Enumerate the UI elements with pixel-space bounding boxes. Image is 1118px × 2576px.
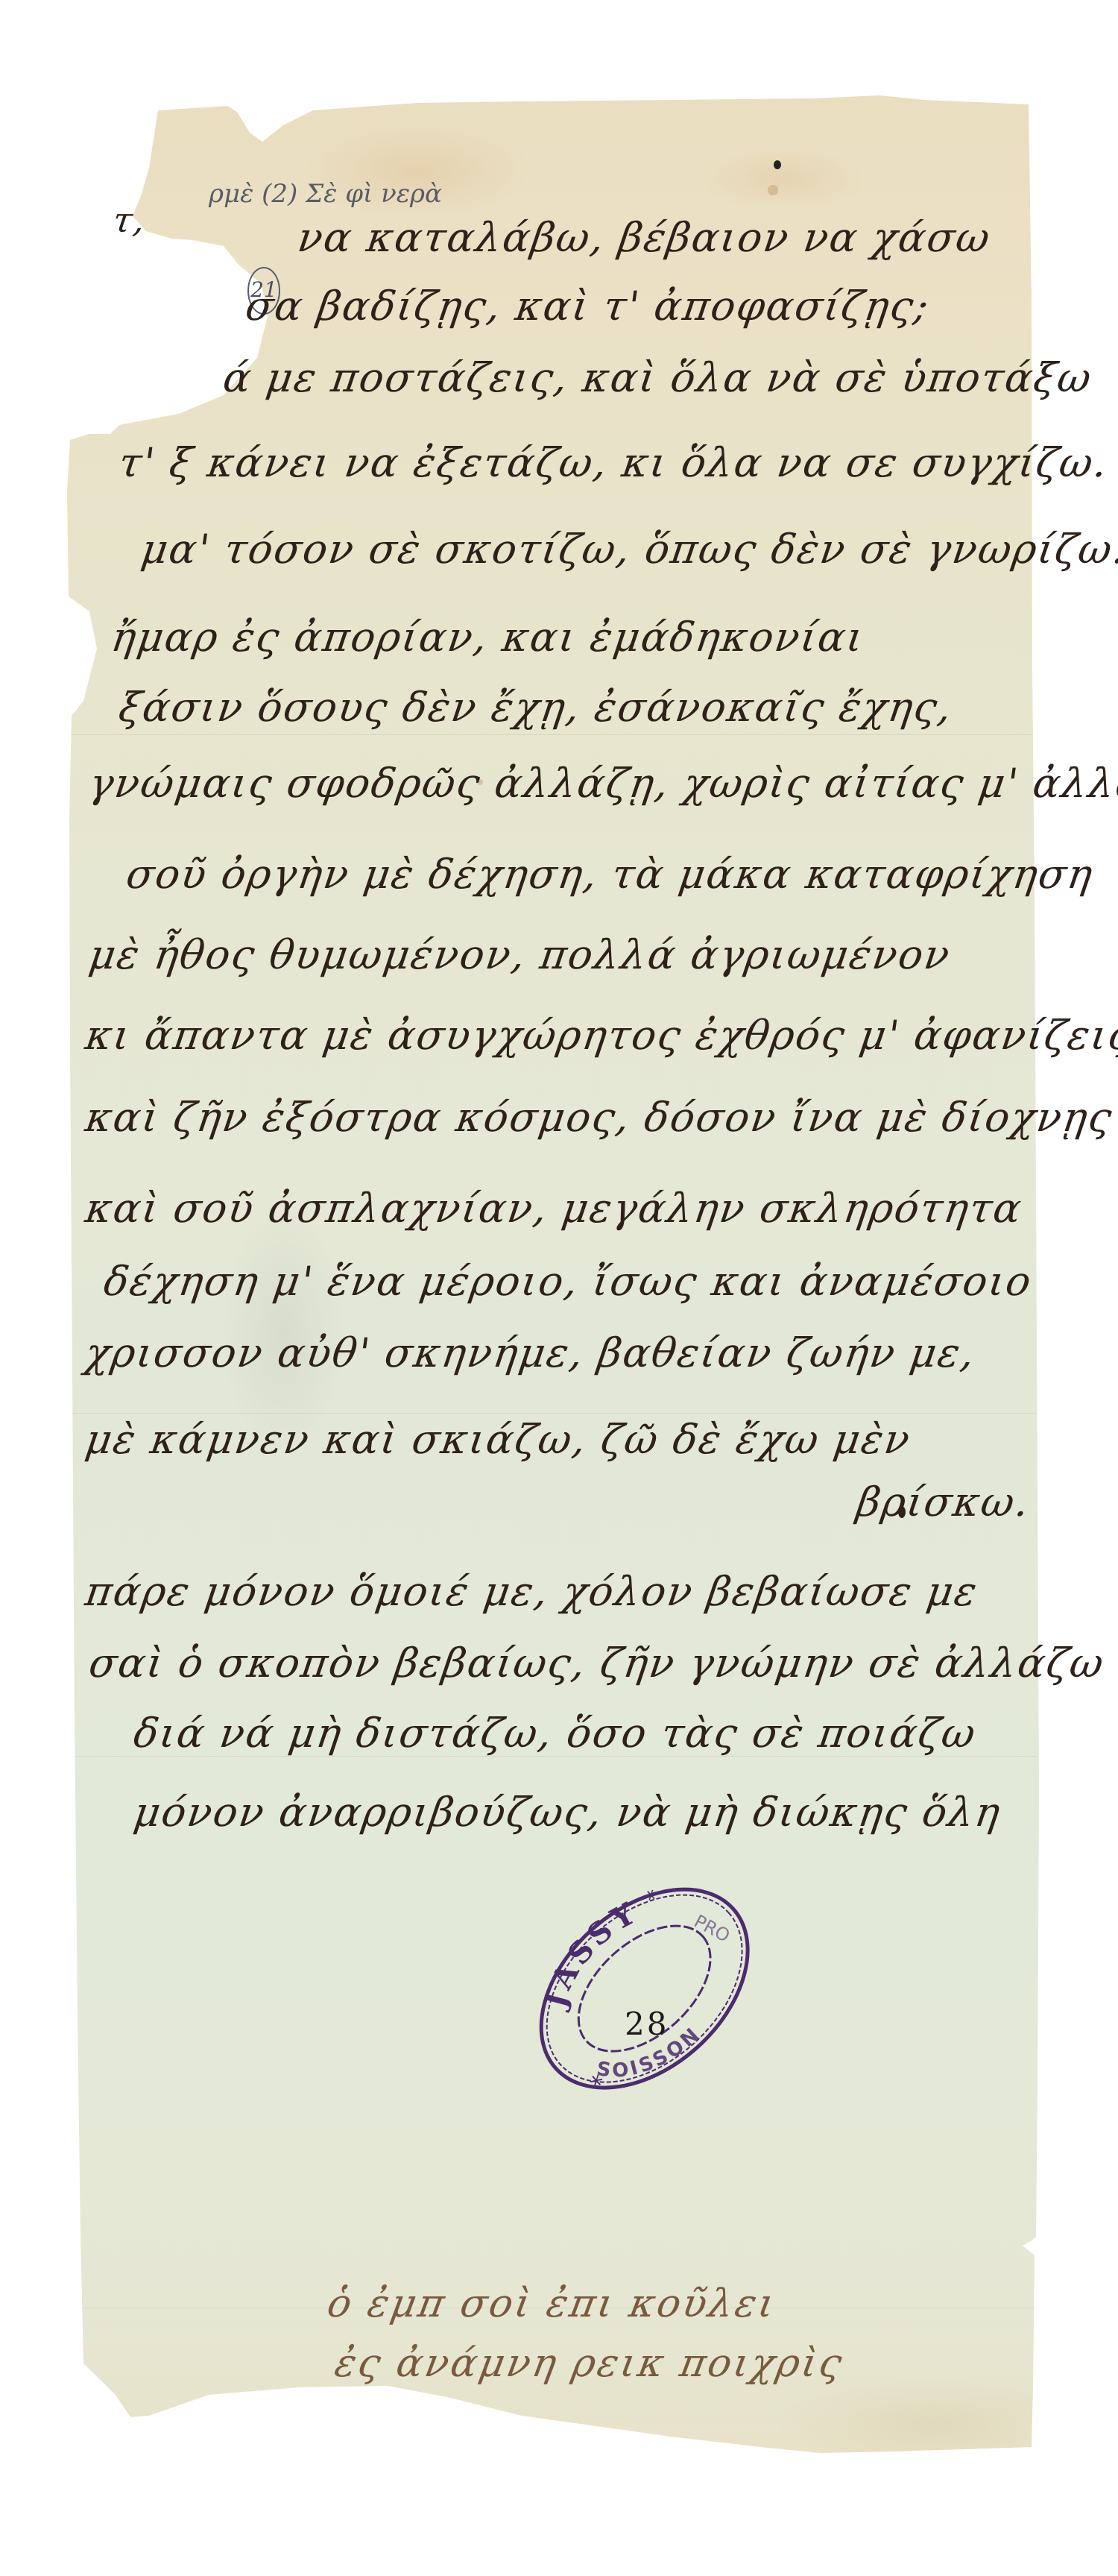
manuscript-line-16: μὲ κάμνεν καὶ σκιάζω, ζῶ δὲ ἔχω μὲν [83, 1420, 913, 1460]
manuscript-line-17: βρίσκω. [854, 1482, 1032, 1522]
margin-annotation-top: ρμὲ (2) Σὲ φὶ νερὰ [209, 179, 442, 209]
manuscript-line-2: σα βαδίζῃς, καὶ τ' ἀποφασίζῃς; [243, 286, 932, 327]
manuscript-line-3: ά με ποστάζεις, καὶ ὅλα νὰ σὲ ὑποτάξω [221, 358, 1095, 398]
manuscript-line-13: καὶ σοῦ ἀσπλαχνίαν, μεγάλην σκληρότητα [83, 1188, 1025, 1229]
signature-line-2: ἐς ἀνάμνη ρεικ ποιχρὶς [332, 2341, 847, 2386]
fold-crease [67, 734, 1036, 735]
manuscript-line-4: τ' ξ κάνει να ἐξετάζω, κι ὅλα να σε συγχ… [116, 443, 1111, 483]
torn-fragment-text: τ, [111, 203, 149, 237]
stamp-right-text: PRO [690, 1911, 733, 1947]
manuscript-line-11: κι ἄπαντα μὲ ἀσυγχώρητος ἐχθρός μ' ἀφανί… [83, 1015, 1118, 1056]
manuscript-line-8: γνώμαις σφοδρῶς ἀλλάζῃ, χωρὶς αἰτίας μ' … [86, 763, 1118, 804]
manuscript-line-1: να καταλάβω, βέβαιον να χάσω [295, 218, 994, 258]
stamp-center-number: 28 [625, 2006, 669, 2042]
manuscript-line-14: δέχηση μ' ἕνα μέροιο, ἴσως και ἀναμέσοιο [101, 1262, 1035, 1302]
manuscript-line-19: σαὶ ὁ σκοπὸν βεβαίως, ζῆν γνώμην σὲ ἀλλά… [86, 1643, 1107, 1684]
manuscript-line-20: διά νά μὴ διστάζω, ὅσο τὰς σὲ ποιάζω [131, 1713, 979, 1754]
manuscript-line-15: χρισσον αὐθ' σκηνήμε, βαθείαν ζωήν με, [83, 1333, 978, 1373]
manuscript-scan: ρμὲ (2) Σὲ φὶ νερὰ 21 τ, να καταλάβω, βέ… [0, 0, 1118, 2576]
ink-dot [774, 160, 781, 169]
foxing-spot [768, 185, 778, 195]
manuscript-line-7: ξάσιν ὅσους δὲν ἔχῃ, ἐσάνοκαῖς ἔχης, [116, 687, 955, 728]
signature-line-1: ὁ ἐμπ σοὶ ἐπι κοῦλει [324, 2281, 780, 2326]
manuscript-line-10: μὲ ἦθος θυμωμένον, πολλά ἀγριωμένον [86, 935, 953, 975]
manuscript-line-9: σοῦ ὀργὴν μὲ δέχηση, τὰ μάκα καταφρίχηση [124, 854, 1096, 895]
manuscript-line-5: μα' τόσον σὲ σκοτίζω, ὅπως δὲν σὲ γνωρίζ… [139, 529, 1118, 570]
manuscript-line-21: μόνον ἀναρριβούζως, νὰ μὴ διώκῃς ὅλη [131, 1792, 1003, 1833]
fold-crease [67, 1413, 1036, 1414]
manuscript-line-18: πάρε μόνον ὅμοιέ με, χόλον βεβαίωσε με [83, 1572, 980, 1612]
manuscript-line-6: ἤμαρ ἐς ἀπορίαν, και ἐμάδηκονίαι [109, 617, 867, 658]
manuscript-line-12: καὶ ζῆν ἐξόστρα κόσμος, δόσον ἴνα μὲ δίο… [83, 1098, 1115, 1138]
